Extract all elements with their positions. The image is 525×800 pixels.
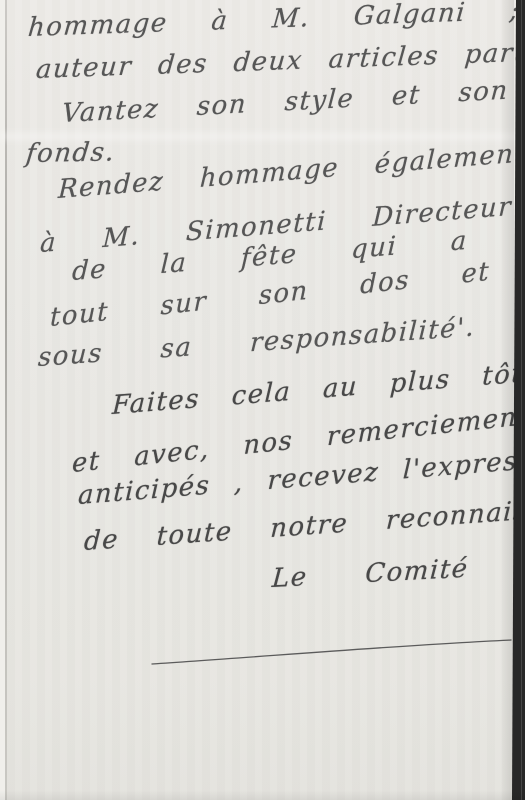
handwriting-line-5: Rendez hommage également — [57, 134, 525, 206]
scan-band-highlight [521, 0, 522, 800]
handwriting-line-1: hommage à M. Galgani ; [27, 0, 522, 44]
hand-drawn-rule [150, 636, 514, 668]
page-edge-shadow [500, 0, 514, 800]
handwriting-line-3: Vantez son style et son [61, 77, 510, 130]
bottom-edge-shade [0, 790, 525, 800]
handwriting-line-4: fonds. [24, 138, 116, 170]
signature-line: Le Comité [271, 555, 470, 595]
paper-crease-line [5, 0, 7, 800]
scanned-letter-page: hommage à M. Galgani ; auteur des deux a… [0, 0, 525, 800]
